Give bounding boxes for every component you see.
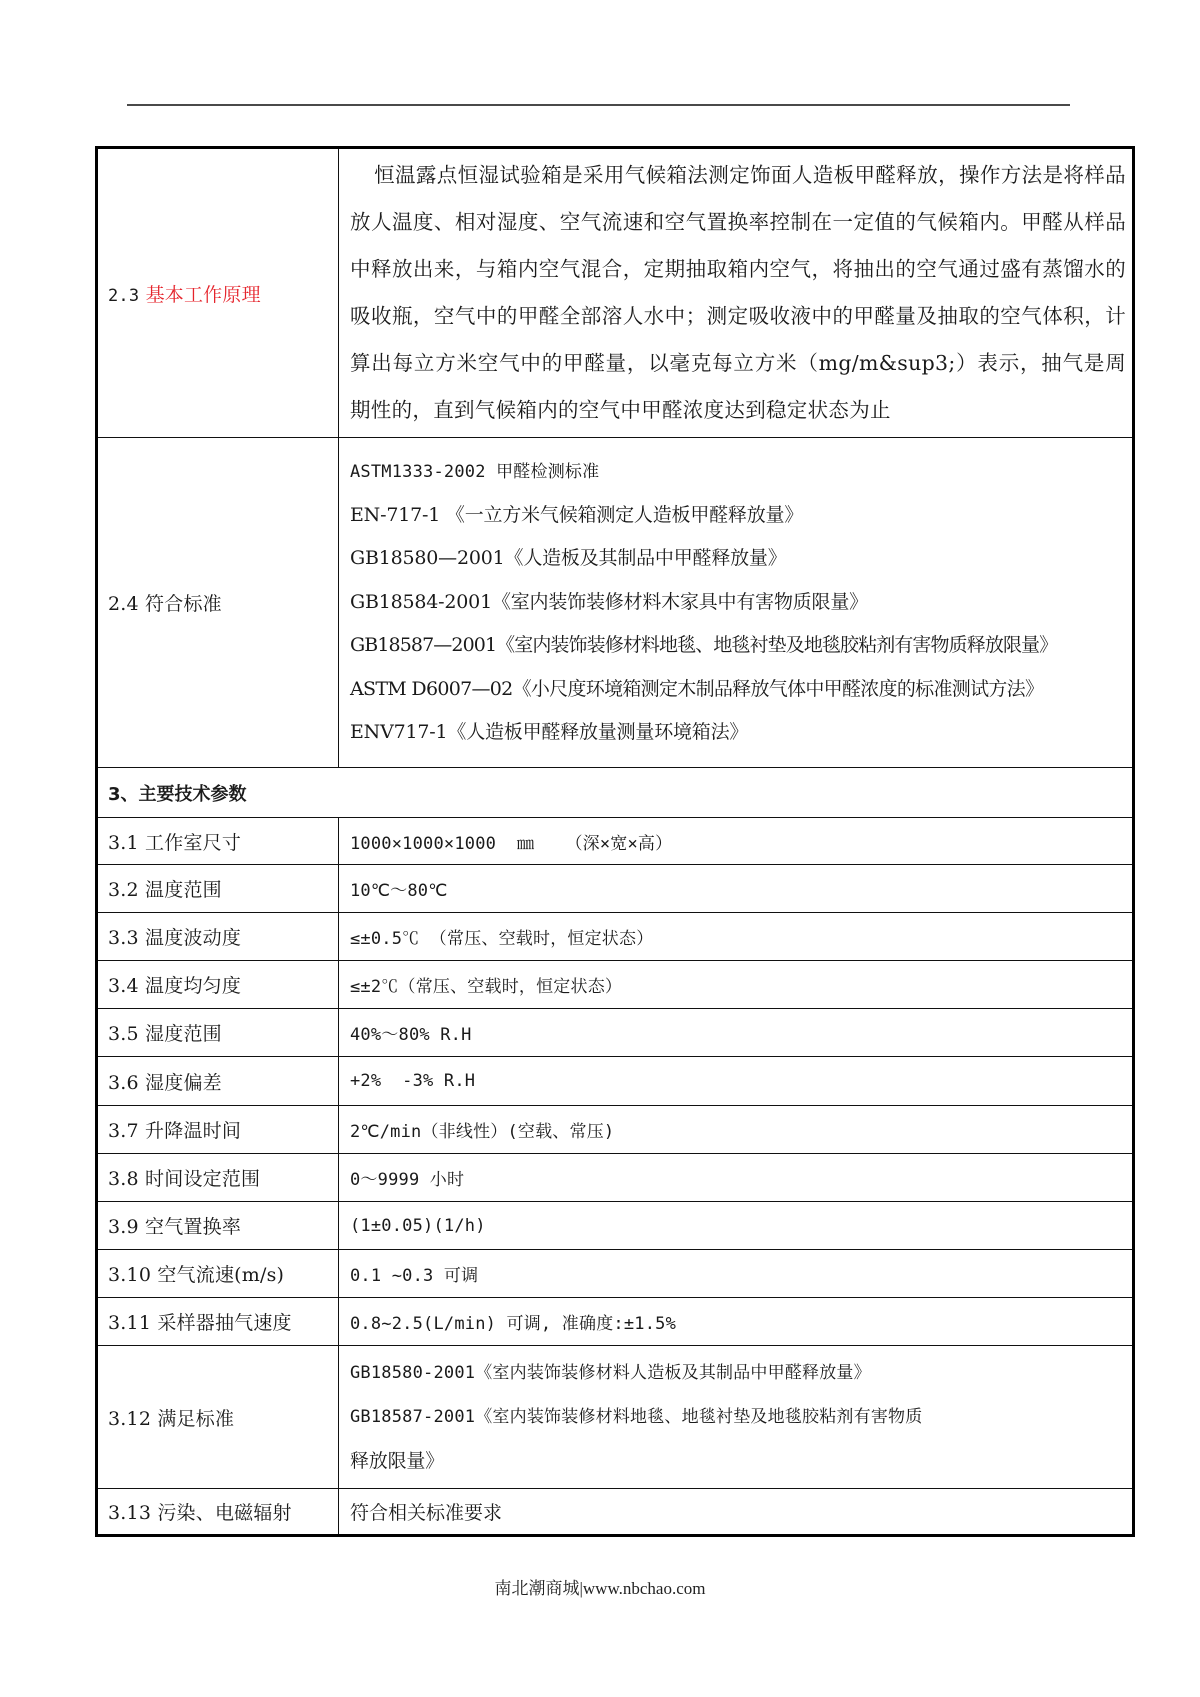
header-rule <box>127 104 1070 106</box>
standard-item: GB18584-2001《室内装饰装修材料木家具中有害物质限量》 <box>350 581 1126 624</box>
row-title-red: 基本工作原理 <box>146 284 261 306</box>
param-row: 3.5 湿度范围 40%～80% R.H <box>97 1009 1134 1057</box>
row-2-4: 2.4 符合标准 ASTM1333-2002 甲醛检测标准 EN-717-1 《… <box>97 438 1134 768</box>
param-label: 3.12 满足标准 <box>97 1346 339 1489</box>
param-row: 3.7 升降温时间 2℃/min（非线性）(空载、常压) <box>97 1106 1134 1154</box>
param-value: ≤±0.5℃ （常压、空载时，恒定状态） <box>339 913 1134 961</box>
param-row: 3.4 温度均匀度 ≤±2℃（常压、空载时，恒定状态） <box>97 961 1134 1009</box>
standard-item: GB18580-2001《室内装饰装修材料人造板及其制品中甲醛释放量》 <box>350 1351 1126 1395</box>
param-value: 0～9999 小时 <box>339 1154 1134 1202</box>
param-value-standards: GB18580-2001《室内装饰装修材料人造板及其制品中甲醛释放量》 GB18… <box>339 1346 1134 1489</box>
row-2-3: 2.3 基本工作原理 恒温露点恒湿试验箱是采用气候箱法测定饰面人造板甲醛释放，操… <box>97 148 1134 438</box>
param-label: 3.5 湿度范围 <box>97 1009 339 1057</box>
standard-item: GB18587-2001《室内装饰装修材料地毯、地毯衬垫及地毯胶粘剂有害物质 <box>350 1395 1126 1439</box>
param-value: 40%～80% R.H <box>339 1009 1134 1057</box>
standard-item: GB18580—2001《人造板及其制品中甲醛释放量》 <box>350 537 1126 580</box>
param-label: 3.7 升降温时间 <box>97 1106 339 1154</box>
param-value: ≤±2℃（常压、空载时，恒定状态） <box>339 961 1134 1009</box>
standard-item-continuation: 释放限量》 <box>350 1439 1126 1483</box>
standard-item: EN-717-1 《一立方米气候箱测定人造板甲醛释放量》 <box>350 494 1126 537</box>
standards-list: ASTM1333-2002 甲醛检测标准 EN-717-1 《一立方米气候箱测定… <box>339 438 1134 768</box>
param-row: 3.2 温度范围 10℃～80℃ <box>97 865 1134 913</box>
param-label: 3.13 污染、电磁辐射 <box>97 1489 339 1536</box>
param-label: 3.9 空气置换率 <box>97 1202 339 1250</box>
param-row: 3.6 湿度偏差 +2% -3% R.H <box>97 1057 1134 1106</box>
param-value: 1000×1000×1000 ㎜ （深×宽×高） <box>339 818 1134 865</box>
row-label: 2.3 基本工作原理 <box>97 148 339 438</box>
standard-item: ASTM1333-2002 甲醛检测标准 <box>350 451 1126 494</box>
param-row: 3.1 工作室尺寸 1000×1000×1000 ㎜ （深×宽×高） <box>97 818 1134 865</box>
row-value: 恒温露点恒湿试验箱是采用气候箱法测定饰面人造板甲醛释放，操作方法是将样品放人温度… <box>339 148 1134 438</box>
param-row: 3.8 时间设定范围 0～9999 小时 <box>97 1154 1134 1202</box>
standard-item: ASTM D6007—02《小尺度环境箱测定木制品释放气体中甲醛浓度的标准测试方… <box>350 668 1126 711</box>
param-value: 符合相关标准要求 <box>339 1489 1134 1536</box>
spec-table: 2.3 基本工作原理 恒温露点恒湿试验箱是采用气候箱法测定饰面人造板甲醛释放，操… <box>95 146 1135 1537</box>
section-3-heading-row: 3、主要技术参数 <box>97 768 1134 818</box>
param-value: 0.8~2.5(L/min) 可调, 准确度:±1.5% <box>339 1298 1134 1346</box>
principle-paragraph: 恒温露点恒湿试验箱是采用气候箱法测定饰面人造板甲醛释放，操作方法是将样品放人温度… <box>339 149 1132 437</box>
row-3-12: 3.12 满足标准 GB18580-2001《室内装饰装修材料人造板及其制品中甲… <box>97 1346 1134 1489</box>
param-label: 3.6 湿度偏差 <box>97 1057 339 1106</box>
param-row: 3.3 温度波动度 ≤±0.5℃ （常压、空载时，恒定状态） <box>97 913 1134 961</box>
param-label: 3.10 空气流速(m/s) <box>97 1250 339 1298</box>
row-3-13: 3.13 污染、电磁辐射 符合相关标准要求 <box>97 1489 1134 1536</box>
param-row: 3.11 采样器抽气速度 0.8~2.5(L/min) 可调, 准确度:±1.5… <box>97 1298 1134 1346</box>
param-value: 2℃/min（非线性）(空载、常压) <box>339 1106 1134 1154</box>
standard-item: GB18587—2001《室内装饰装修材料地毯、地毯衬垫及地毯胶粘剂有害物质释放… <box>350 624 1126 667</box>
param-label: 3.4 温度均匀度 <box>97 961 339 1009</box>
param-value: 0.1 ~0.3 可调 <box>339 1250 1134 1298</box>
param-label: 3.8 时间设定范围 <box>97 1154 339 1202</box>
param-label: 3.1 工作室尺寸 <box>97 818 339 865</box>
standard-item: ENV717-1《人造板甲醛释放量测量环境箱法》 <box>350 711 1126 754</box>
param-value: 10℃～80℃ <box>339 865 1134 913</box>
param-label: 3.11 采样器抽气速度 <box>97 1298 339 1346</box>
param-row: 3.10 空气流速(m/s) 0.1 ~0.3 可调 <box>97 1250 1134 1298</box>
section-heading: 3、主要技术参数 <box>97 768 1134 818</box>
principle-text: 恒温露点恒湿试验箱是采用气候箱法测定饰面人造板甲醛释放，操作方法是将样品放人温度… <box>350 163 1126 422</box>
param-label: 3.2 温度范围 <box>97 865 339 913</box>
param-label: 3.3 温度波动度 <box>97 913 339 961</box>
footer-watermark: 南北潮商城|www.nbchao.com <box>0 1574 1200 1599</box>
param-row: 3.9 空气置换率 (1±0.05)(1/h) <box>97 1202 1134 1250</box>
row-number: 2.3 <box>108 286 139 306</box>
param-value: (1±0.05)(1/h) <box>339 1202 1134 1250</box>
param-value: +2% -3% R.H <box>339 1057 1134 1106</box>
row-label: 2.4 符合标准 <box>97 438 339 768</box>
